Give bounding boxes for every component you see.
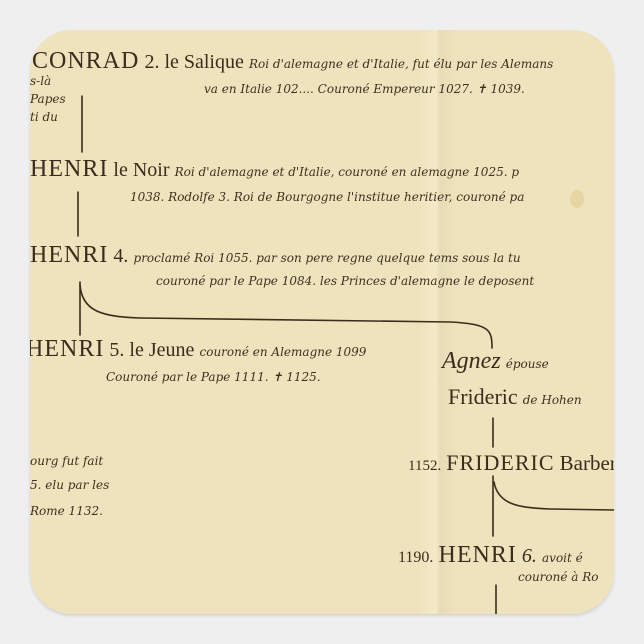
entry-conrad: CONRAD 2. le Salique Roi d'alemagne et d…	[32, 48, 553, 75]
entry-name: HENRI	[30, 336, 104, 362]
entry-name: CONRAD	[32, 48, 139, 74]
entry-henri-4-line2: couroné par le Pape 1084. les Princes d'…	[156, 274, 534, 288]
entry-line1: couroné en Alemagne 1099	[200, 345, 367, 359]
entry-henri-le-noir: HENRI le Noir Roi d'alemagne et d'Italie…	[30, 156, 519, 183]
spouse-name: Frideric	[448, 384, 518, 409]
entry-epithet: 5. le Jeune	[109, 339, 194, 361]
spouse-note: de Hohen	[523, 393, 582, 407]
entry-epithet: le Noir	[113, 159, 169, 181]
entry-henri-6: 1190. HENRI 6. avoit é	[398, 542, 583, 569]
entry-year: 1152.	[408, 458, 441, 474]
margin-note-bottom-3: Rome 1132.	[30, 504, 103, 518]
sticker: s-là Papes ti du CONRAD 2. le Salique Ro…	[30, 30, 614, 614]
entry-henri-4: HENRI 4. proclamé Roi 1055. par son pere…	[30, 242, 521, 269]
entry-frideric-barberousse: 1152. FRIDERIC Barber	[408, 450, 614, 476]
entry-henri-6-line2: couroné à Ro	[518, 570, 599, 584]
entry-line1: proclamé Roi 1055. par son pere regne qu…	[134, 251, 521, 265]
entry-year: 1190.	[398, 549, 433, 566]
entry-line1: épouse	[506, 357, 549, 371]
entry-henri-5: HENRI 5. le Jeune couroné en Alemagne 10…	[30, 336, 366, 363]
entry-name: HENRI	[30, 156, 108, 182]
entry-epithet: 2. le Salique	[144, 51, 243, 73]
entry-frideric-de-hohen: Frideric de Hohen	[448, 384, 582, 410]
margin-note-top-2: Papes	[30, 92, 66, 106]
margin-note-bottom-2: 5. elu par les	[30, 478, 109, 492]
entry-name: Agnez	[442, 348, 501, 374]
entry-agnes: Agnez épouse	[442, 348, 549, 375]
margin-note-top-3: ti du	[30, 110, 58, 124]
entry-line1: avoit é	[542, 551, 583, 565]
margin-note-bottom-1: ourg fut fait	[30, 454, 103, 468]
entry-line1: Roi d'alemagne et d'Italie, fut élu par …	[249, 57, 553, 71]
entry-name: HENRI	[439, 542, 517, 568]
entry-henri-le-noir-line2: 1038. Rodolfe 3. Roi de Bourgogne l'inst…	[130, 190, 524, 204]
margin-note-top-1: s-là	[30, 74, 51, 88]
entry-line1: Roi d'alemagne et d'Italie, couroné en a…	[175, 165, 519, 179]
genealogy-connector-lines	[30, 30, 614, 614]
entry-conrad-line2: va en Italie 102.... Couroné Empereur 10…	[204, 82, 525, 96]
entry-epithet: Barber	[560, 451, 614, 475]
entry-epithet: 4.	[113, 245, 128, 267]
entry-name: FRIDERIC	[446, 450, 554, 475]
entry-epithet: 6.	[522, 545, 537, 567]
entry-henri-5-line2: Couroné par le Pape 1111. ✝ 1125.	[106, 370, 321, 384]
entry-name: HENRI	[30, 242, 108, 268]
